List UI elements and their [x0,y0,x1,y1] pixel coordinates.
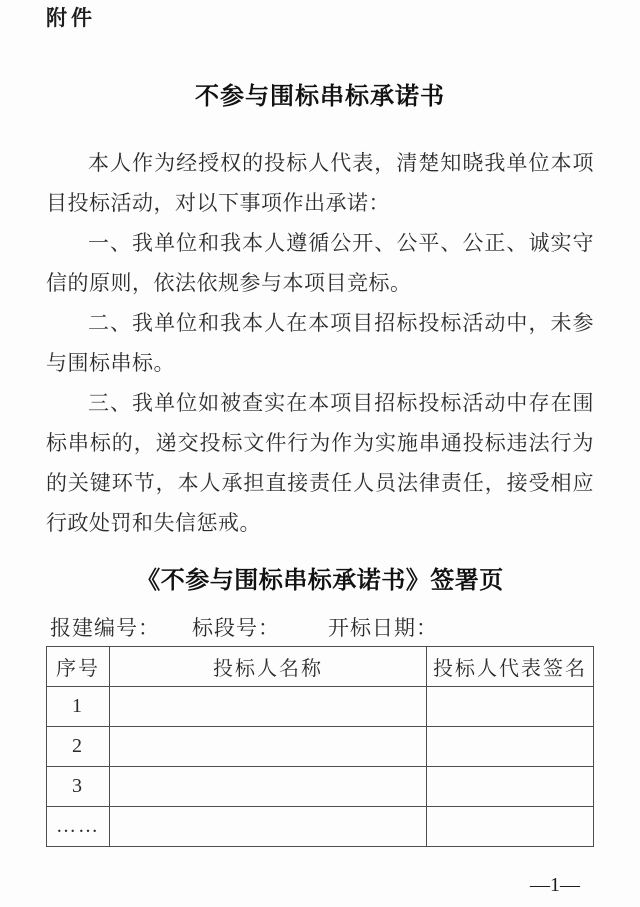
paragraph-intro: 本人作为经授权的投标人代表，清楚知晓我单位本项目投标活动，对以下事项作出承诺： [46,143,594,223]
serial-number-cell: …… [47,807,110,847]
representative-signature-cell [427,807,594,847]
paragraph-item-1: 一、我单位和我本人遵循公开、公平、公正、诚实守信的原则，依法依规参与本项目竞标。 [46,223,594,303]
signature-page-title: 《不参与围标串标承诺书》签署页 [46,565,594,597]
bidder-name-cell [110,807,427,847]
project-registration-number-label: 报建编号： [50,615,160,641]
document-title: 不参与围标串标承诺书 [46,82,594,112]
bidder-name-cell [110,767,427,807]
paragraph-item-3: 三、我单位如被查实在本项目招标投标活动中存在围标串标的，递交投标文件行为作为实施… [46,383,594,543]
table-header-row: 序号 投标人名称 投标人代表签名 [47,647,594,687]
paragraph-item-2: 二、我单位和我本人在本项目招标投标活动中，未参与围标串标。 [46,303,594,383]
signature-table: 序号 投标人名称 投标人代表签名 1 2 3 …… [46,646,594,847]
attachment-label: 附件 [46,8,594,30]
serial-number-cell: 2 [47,727,110,767]
bid-opening-date-label: 开标日期： [328,615,438,641]
serial-number-cell: 3 [47,767,110,807]
signature-header-fields: 报建编号： 标段号： 开标日期： [46,615,594,641]
bidder-name-cell [110,727,427,767]
column-header-representative-signature: 投标人代表签名 [427,647,594,687]
column-header-bidder-name: 投标人名称 [110,647,427,687]
document-body: 本人作为经授权的投标人代表，清楚知晓我单位本项目投标活动，对以下事项作出承诺： … [46,143,594,543]
representative-signature-cell [427,687,594,727]
document-page: 附件 不参与围标串标承诺书 本人作为经授权的投标人代表，清楚知晓我单位本项目投标… [0,0,640,907]
table-row: 3 [47,767,594,807]
column-header-serial-number: 序号 [47,647,110,687]
serial-number-cell: 1 [47,687,110,727]
page-number: —1— [530,874,580,897]
table-row: …… [47,807,594,847]
representative-signature-cell [427,767,594,807]
representative-signature-cell [427,727,594,767]
bidder-name-cell [110,687,427,727]
table-row: 1 [47,687,594,727]
table-row: 2 [47,727,594,767]
bid-section-number-label: 标段号： [192,615,280,641]
